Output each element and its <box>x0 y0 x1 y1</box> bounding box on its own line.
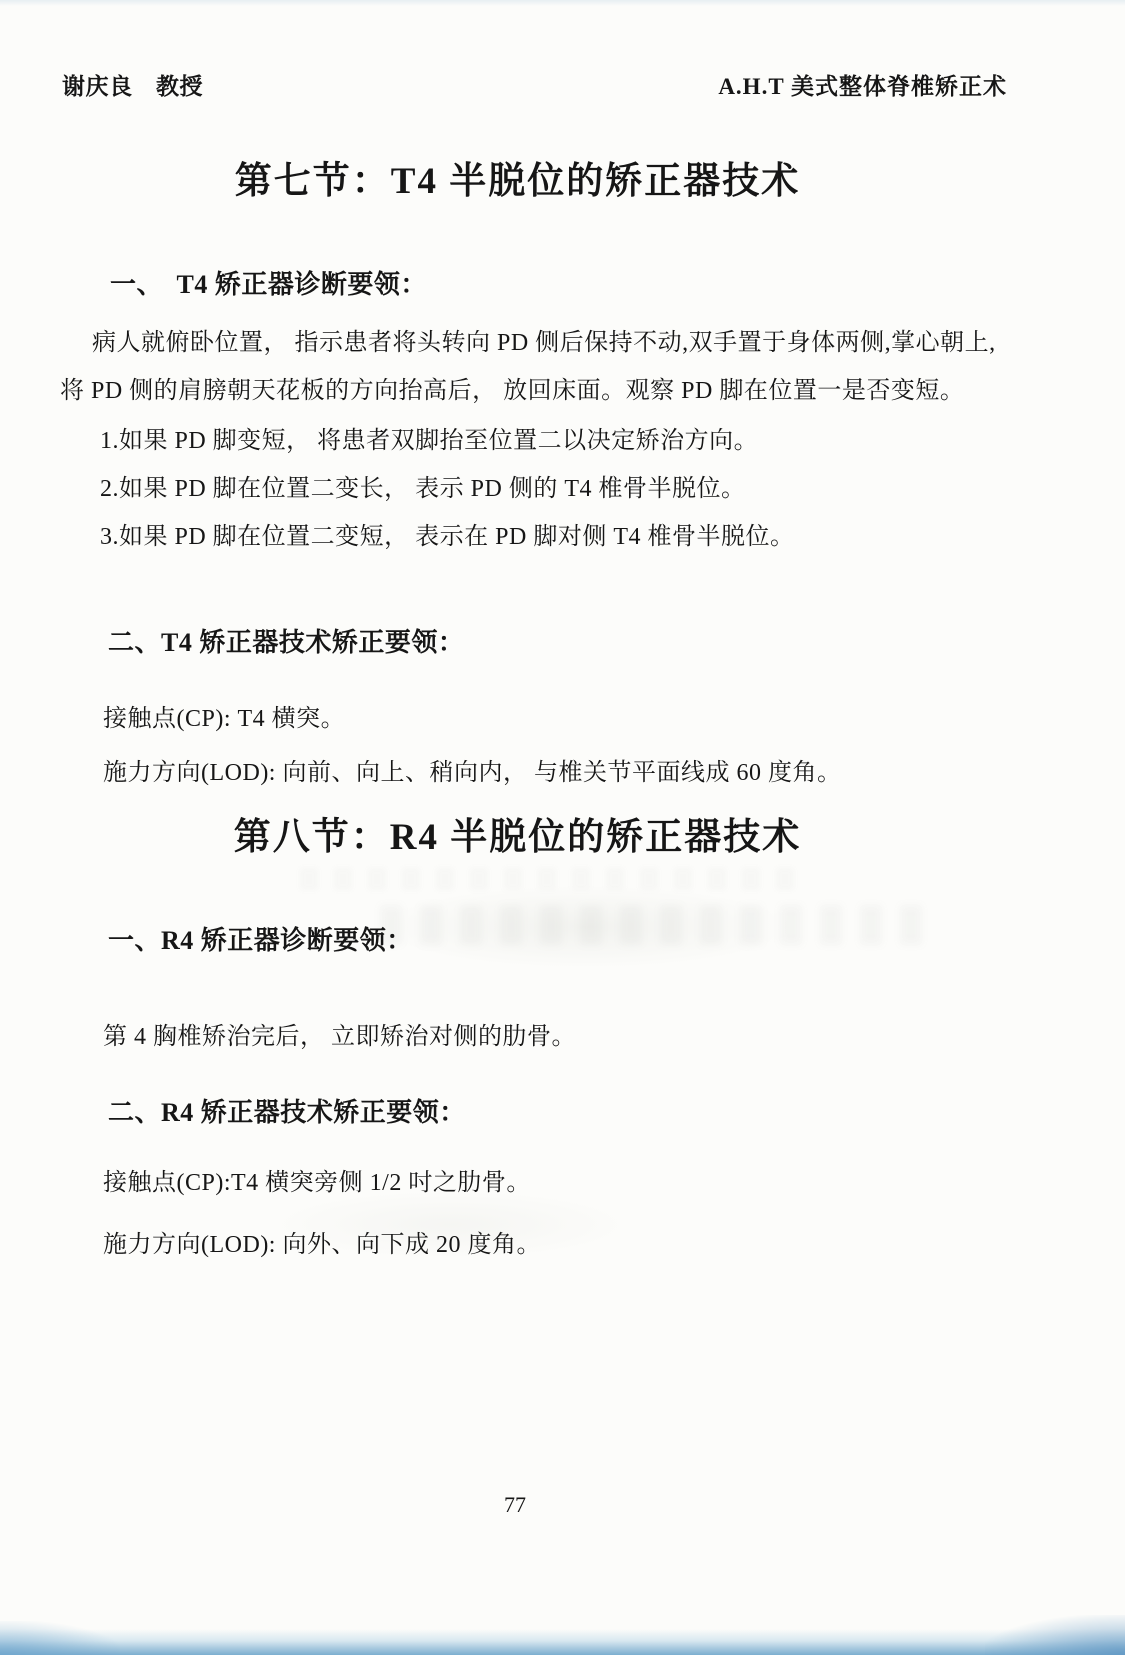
section7-paragraph-line1: 病人就俯卧位置， 指示患者将头转向 PD 侧后保持不动,双手置于身体两侧,掌心朝… <box>92 322 996 357</box>
section8-title: 第八节：R4 半脱位的矫正器技术 <box>0 806 1035 860</box>
section8-diagnosis-heading: 一、R4 矫正器诊断要领： <box>108 920 413 957</box>
section8-line-of-drive: 施力方向(LOD): 向外、向下成 20 度角。 <box>103 1224 541 1259</box>
section7-item-3: 3.如果 PD 脚在位置二变短， 表示在 PD 脚对侧 T4 椎骨半脱位。 <box>100 516 795 551</box>
section7-diagnosis-heading: 一、 T4 矫正器诊断要领： <box>110 264 427 301</box>
section7-contact-point: 接触点(CP): T4 横突。 <box>103 698 345 733</box>
section8-correction-heading: 二、R4 矫正器技术矫正要领： <box>108 1092 466 1129</box>
page-showthrough-smudge <box>380 905 940 945</box>
section7-item-2: 2.如果 PD 脚在位置二变长， 表示 PD 侧的 T4 椎骨半脱位。 <box>100 468 746 503</box>
header-book-title: A.H.T 美式整体脊椎矫正术 <box>718 68 1007 101</box>
section7-title: 第七节：T4 半脱位的矫正器技术 <box>0 150 1035 204</box>
scan-corner-bottom-right <box>985 1615 1125 1655</box>
section8-contact-point: 接触点(CP):T4 横突旁侧 1/2 吋之肋骨。 <box>103 1162 531 1197</box>
scan-corner-bottom-left <box>0 1621 120 1655</box>
section7-paragraph-line2: 将 PD 侧的肩膀朝天花板的方向抬高后， 放回床面。观察 PD 脚在位置一是否变… <box>60 370 964 405</box>
page-number: 77 <box>0 1492 1030 1518</box>
scanned-document-page: 谢庆良 教授 A.H.T 美式整体脊椎矫正术 第七节：T4 半脱位的矫正器技术 … <box>0 0 1125 1655</box>
section7-item-1: 1.如果 PD 脚变短， 将患者双脚抬至位置二以决定矫治方向。 <box>100 420 758 455</box>
page-showthrough-smudge <box>300 868 800 890</box>
header-author: 谢庆良 教授 <box>62 68 203 101</box>
section7-line-of-drive: 施力方向(LOD): 向前、向上、稍向内， 与椎关节平面线成 60 度角。 <box>103 752 841 787</box>
scan-edge-bottom <box>0 1629 1125 1655</box>
section8-diagnosis-body: 第 4 胸椎矫治完后， 立即矫治对侧的肋骨。 <box>103 1016 576 1051</box>
section7-correction-heading: 二、T4 矫正器技术矫正要领： <box>108 622 464 659</box>
scan-edge-top <box>0 0 1125 6</box>
